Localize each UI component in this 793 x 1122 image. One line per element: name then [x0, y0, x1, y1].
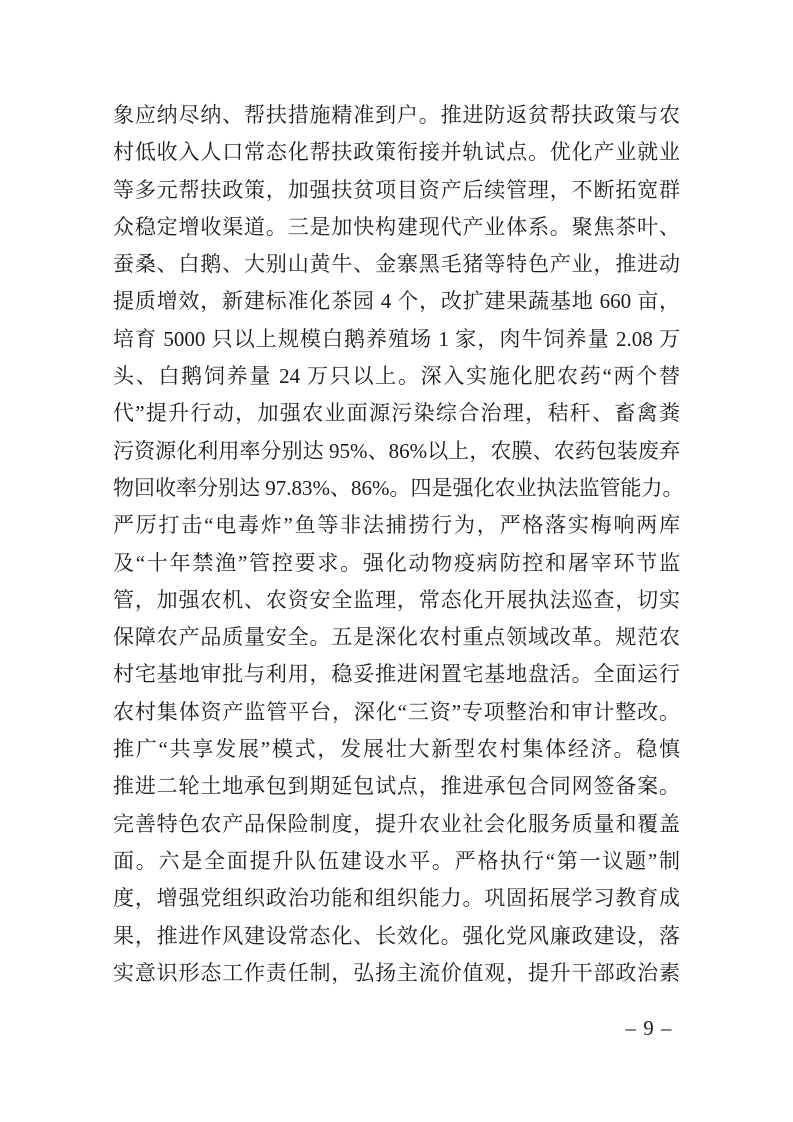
text-line-6: 提质增效，新建标准化茶园 4 个，改扩建果蔬基地 660 亩， [113, 283, 680, 320]
text-line-14: 管，加强农机、农资安全监理，常态化开展执法巡查，切实 [113, 582, 680, 619]
text-line-8: 头、白鹅饲养量 24 万只以上。深入实施化肥农药“两个替 [113, 358, 680, 395]
text-line-4: 众稳定增收渠道。三是加快构建现代产业体系。聚焦茶叶、 [113, 209, 680, 246]
text-line-2: 村低收入人口常态化帮扶政策衔接并轨试点。优化产业就业 [113, 134, 680, 171]
text-line-24: 实意识形态工作责任制，弘扬主流价值观，提升干部政治素 [113, 955, 680, 992]
text-line-20: 完善特色农产品保险制度，提升农业社会化服务质量和覆盖 [113, 806, 680, 843]
text-line-9: 代”提升行动，加强农业面源污染综合治理，秸秆、畜禽粪 [113, 395, 680, 432]
text-line-17: 农村集体资产监管平台，深化“三资”专项整治和审计整改。 [113, 694, 680, 731]
text-line-10: 污资源化利用率分别达 95%、86%以上，农膜、农药包装废弃 [113, 433, 680, 470]
text-line-3: 等多元帮扶政策，加强扶贫项目资产后续管理，不断拓宽群 [113, 172, 680, 209]
text-line-7: 培育 5000 只以上规模白鹅养殖场 1 家，肉牛饲养量 2.08 万 [113, 321, 680, 358]
text-line-15: 保障农产品质量安全。五是深化农村重点领域改革。规范农 [113, 619, 680, 656]
text-line-1: 象应纳尽纳、帮扶措施精准到户。推进防返贫帮扶政策与农 [113, 97, 680, 134]
text-line-21: 面。六是全面提升队伍建设水平。严格执行“第一议题”制 [113, 843, 680, 880]
text-line-13: 及“十年禁渔”管控要求。强化动物疫病防控和屠宰环节监 [113, 545, 680, 582]
page-number: – 9 – [603, 1016, 695, 1041]
text-line-11: 物回收率分别达 97.83%、86%。四是强化农业执法监管能力。 [113, 470, 680, 507]
text-line-5: 蚕桑、白鹅、大别山黄牛、金寨黑毛猪等特色产业，推进动 [113, 246, 680, 283]
document-body: 象应纳尽纳、帮扶措施精准到户。推进防返贫帮扶政策与农 村低收入人口常态化帮扶政策… [113, 97, 680, 992]
text-line-16: 村宅基地审批与利用，稳妥推进闲置宅基地盘活。全面运行 [113, 656, 680, 693]
document-page: 象应纳尽纳、帮扶措施精准到户。推进防返贫帮扶政策与农 村低收入人口常态化帮扶政策… [0, 0, 793, 1122]
text-line-12: 严厉打击“电毒炸”鱼等非法捕捞行为，严格落实梅响两库 [113, 507, 680, 544]
text-line-22: 度，增强党组织政治功能和组织能力。巩固拓展学习教育成 [113, 880, 680, 917]
text-line-19: 推进二轮土地承包到期延包试点，推进承包合同网签备案。 [113, 768, 680, 805]
text-line-18: 推广“共享发展”模式，发展壮大新型农村集体经济。稳慎 [113, 731, 680, 768]
text-line-23: 果，推进作风建设常态化、长效化。强化党风廉政建设，落 [113, 918, 680, 955]
